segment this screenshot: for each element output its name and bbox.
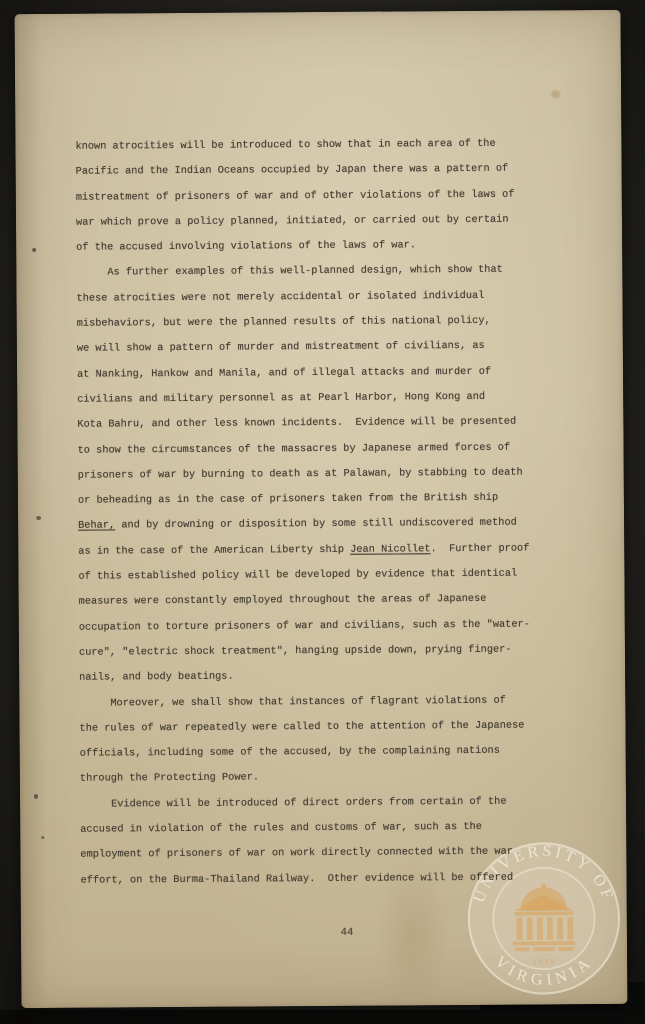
text-segment: prisoners of war by burning to death as … (78, 466, 523, 481)
text-line: as in the case of the American Liberty s… (78, 536, 548, 565)
text-segment: civilians and military personnel as at P… (77, 391, 485, 406)
text-line: Moreover, we shall show that instances o… (79, 688, 549, 717)
text-segment: as in the case of the American Liberty s… (78, 544, 350, 558)
ink-speck (36, 516, 41, 520)
text-segment: these atrocities were not merely acciden… (76, 290, 484, 305)
text-segment: accused in violation of the rules and cu… (80, 821, 482, 836)
text-line: Kota Bahru, and other less known inciden… (77, 410, 547, 439)
text-line: prisoners of war by burning to death as … (78, 460, 548, 489)
text-line: these atrocities were not merely acciden… (76, 283, 546, 312)
text-segment: Moreover, we shall show that instances o… (110, 694, 506, 709)
text-segment: officials, including some of the accused… (80, 745, 500, 760)
rotunda-icon (512, 883, 575, 951)
text-segment: measures were constantly employed throug… (79, 593, 487, 608)
text-segment: and by drowning or disposition by some s… (115, 517, 517, 532)
text-line: to show the circumstances of the massacr… (78, 435, 548, 464)
text-line: employment of prisoners of war on work d… (80, 840, 550, 869)
text-line: of this established policy will be devel… (78, 561, 548, 590)
text-line: measures were constantly employed throug… (79, 587, 549, 616)
scanner-background: UNIVERSITY OF VIRGINIA (0, 0, 645, 1024)
text-segment: Evidence will be introduced of direct or… (111, 795, 507, 810)
typed-text-block: known atrocities will be introduced to s… (75, 131, 550, 893)
text-line: the rules of war repeatedly were called … (79, 713, 549, 742)
text-line: or beheading as in the case of prisoners… (78, 486, 548, 515)
text-line: of the accused involving violations of t… (76, 233, 546, 262)
text-line: misbehaviors, but were the planned resul… (77, 308, 547, 337)
ink-speck (32, 248, 36, 252)
text-segment: the rules of war repeatedly were called … (79, 719, 524, 734)
text-segment: we will show a pattern of murder and mis… (77, 340, 485, 355)
text-line: we will show a pattern of murder and mis… (77, 334, 547, 363)
text-segment: through the Protecting Power. (80, 772, 259, 785)
text-segment: As further examples of this well-planned… (107, 264, 503, 279)
text-segment: employment of prisoners of war on work d… (80, 846, 513, 861)
ink-speck (41, 836, 44, 839)
text-line: occupation to torture prisoners of war a… (79, 612, 549, 641)
page-number: 44 (327, 927, 367, 939)
text-line: mistreatment of prisoners of war and of … (76, 182, 546, 211)
text-line: accused in violation of the rules and cu… (80, 814, 550, 843)
text-segment: occupation to torture prisoners of war a… (79, 618, 530, 633)
text-segment: of this established policy will be devel… (78, 568, 517, 583)
text-line: Evidence will be introduced of direct or… (80, 789, 550, 818)
seal-year: 1819 (533, 957, 555, 966)
text-segment: to show the circumstances of the massacr… (78, 441, 511, 456)
text-line: through the Protecting Power. (80, 764, 550, 793)
text-line: war which prove a policy planned, initia… (76, 207, 546, 236)
underlined-ship-name: Jean Nicollet (350, 543, 430, 556)
seal-arc-bottom-text: VIRGINIA (491, 953, 597, 990)
text-segment: Kota Bahru, and other less known inciden… (77, 416, 516, 431)
paper-stain (551, 90, 560, 98)
underlined-ship-name: Behar, (78, 520, 115, 532)
text-line: effort, on the Burma-Thailand Railway. O… (81, 865, 551, 894)
text-segment: Pacific and the Indian Oceans occupied b… (76, 163, 509, 178)
text-segment: nails, and body beatings. (79, 671, 234, 684)
text-segment: of the accused involving violations of t… (76, 240, 416, 254)
text-segment: or beheading as in the case of prisoners… (78, 492, 498, 507)
text-line: civilians and military personnel as at P… (77, 384, 547, 413)
text-segment: war which prove a policy planned, initia… (76, 214, 509, 229)
paper-edge-shading (15, 14, 48, 1008)
text-segment: misbehaviors, but were the planned resul… (77, 315, 491, 330)
text-segment: cure", "electric shock treatment", hangi… (79, 644, 512, 659)
text-line: As further examples of this well-planned… (76, 258, 546, 287)
text-segment: effort, on the Burma-Thailand Railway. O… (81, 871, 514, 886)
text-segment: . Further proof (430, 542, 529, 555)
text-line: Behar, and by drowning or disposition by… (78, 511, 548, 540)
text-line: Pacific and the Indian Oceans occupied b… (76, 157, 546, 186)
text-segment: at Nanking, Hankow and Manila, and of il… (77, 365, 491, 380)
text-line: cure", "electric shock treatment", hangi… (79, 637, 549, 666)
text-segment: mistreatment of prisoners of war and of … (76, 188, 515, 203)
text-segment: known atrocities will be introduced to s… (75, 138, 495, 153)
ink-speck (34, 794, 38, 799)
text-line: nails, and body beatings. (79, 663, 549, 692)
document-page: UNIVERSITY OF VIRGINIA (15, 10, 628, 1008)
text-line: known atrocities will be introduced to s… (75, 131, 545, 160)
text-line: at Nanking, Hankow and Manila, and of il… (77, 359, 547, 388)
text-line: officials, including some of the accused… (80, 739, 550, 768)
